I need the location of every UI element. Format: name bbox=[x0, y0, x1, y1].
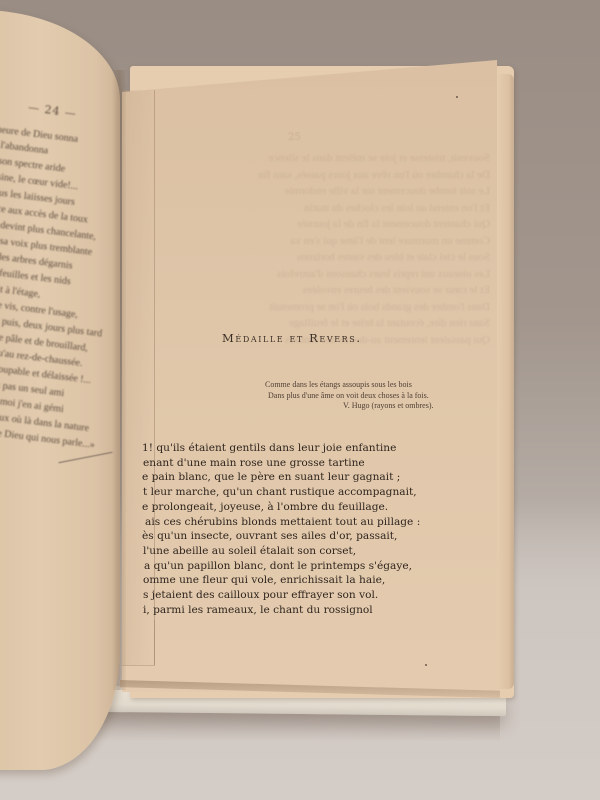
poem-line: omme une fleur qui vole, enrichissait la… bbox=[143, 573, 420, 588]
left-page: — 24 — court : l'heure de Dieu sonna cha… bbox=[0, 10, 120, 770]
inner-page-fold-tab bbox=[122, 620, 155, 666]
epigraph-line: Comme dans les étangs assoupis sous les … bbox=[265, 380, 434, 391]
paper-speck bbox=[456, 96, 458, 98]
page-edges bbox=[496, 74, 514, 689]
gutter-shadow bbox=[112, 70, 126, 690]
poem-line: e pain blanc, que le père en suant leur … bbox=[142, 470, 420, 485]
poem-line: t leur marche, qu'un chant rustique acco… bbox=[143, 485, 420, 500]
epigraph-line: Dans plus d'une âme on voit deux choses … bbox=[265, 391, 434, 402]
poem-line: i, parmi les rameaux, le chant du rossig… bbox=[143, 603, 420, 618]
poem-line: a qu'un papillon blanc, dont le printemp… bbox=[144, 559, 420, 574]
stand-shadow bbox=[80, 712, 500, 742]
epigraph: Comme dans les étangs assoupis sous les … bbox=[265, 380, 434, 412]
poem-line: ais ces chérubins blonds mettaient tout … bbox=[145, 515, 420, 530]
poem-line: 1! qu'ils étaient gentils dans leur joie… bbox=[142, 441, 420, 456]
poem-title: Médaille et Revers. bbox=[222, 331, 362, 345]
show-through-text: Souvenir, tristesse et joie se mêlent da… bbox=[180, 150, 490, 348]
epigraph-attribution: V. Hugo (rayons et ombres). bbox=[265, 401, 434, 412]
poem-line: e prolongeait, joyeuse, à l'ombre du feu… bbox=[142, 500, 420, 515]
poem-line: ès qu'un insecte, ouvrant ses ailes d'or… bbox=[142, 529, 420, 544]
poem-line: enant d'une main rose une grosse tartine bbox=[143, 456, 420, 471]
poem-line: s jetaient des cailloux pour effrayer so… bbox=[143, 588, 420, 603]
poem-body: 1! qu'ils étaient gentils dans leur joie… bbox=[142, 441, 420, 617]
poem-line: l'une abeille au soleil étalait son cors… bbox=[143, 544, 420, 559]
left-page-number: — 24 — bbox=[27, 101, 77, 121]
paper-speck bbox=[425, 664, 427, 666]
left-line: traîner son spectre aride bbox=[0, 152, 66, 175]
photo-scene: — 24 — court : l'heure de Dieu sonna cha… bbox=[0, 0, 600, 800]
show-through-page-number: 25 bbox=[288, 132, 301, 143]
